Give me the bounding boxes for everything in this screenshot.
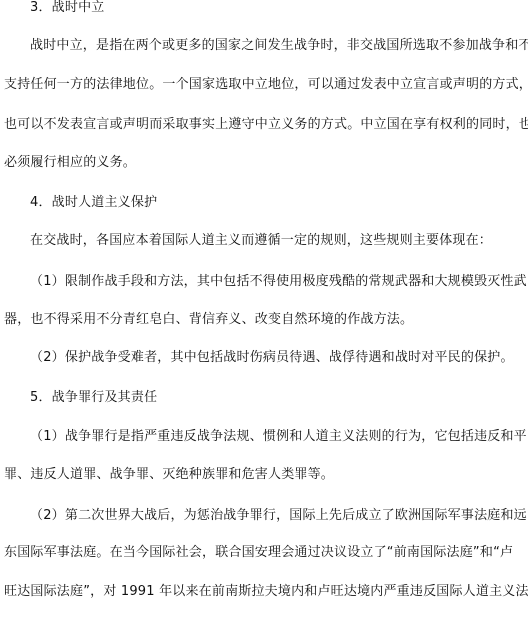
paragraph-line: 在交战时，各国应本着国际人道主义而遵循一定的规则，这些规则主要体现在：	[30, 231, 492, 251]
paragraph-line: 东国际军事法庭。在当今国际社会，联合国安理会通过决议设立了“前南国际法庭”和“卢	[4, 543, 513, 563]
paragraph-line: 战时中立，是指在两个或更多的国家之间发生战争时，非交战国所选取不参加战争和不	[30, 36, 528, 56]
paragraph-line: 罪、违反人道罪、战争罪、灭绝种族罪和危害人类罪等。	[4, 465, 334, 485]
paragraph-line: 器，也不得采用不分青红皂白、背信弃义、改变自然环境的作战方法。	[4, 310, 413, 330]
paragraph-line: 也可以不发表宣言或声明而采取事实上遵守中立义务的方式。中立国在享有权利的同时，也	[4, 115, 528, 135]
paragraph-line: （1）限制作战手段和方法，其中包括不得使用极度残酷的常规武器和大规模毁灭性武	[30, 272, 527, 292]
paragraph-line: 旺达国际法庭”，对 1991 年以来在前南斯拉夫境内和卢旺达境内严重违反国际人道…	[4, 582, 528, 602]
section-heading-4: 4．战时人道主义保护	[30, 193, 157, 213]
section-heading-3: 3．战时中立	[30, 0, 104, 18]
paragraph-line: （2）保护战争受难者，其中包括战时伤病员待遇、战俘待遇和战时对平民的保护。	[30, 348, 514, 368]
section-heading-5: 5．战争罪行及其责任	[30, 388, 157, 408]
paragraph-line: 必须履行相应的义务。	[4, 153, 136, 173]
paragraph-line: （1）战争罪行是指严重违反战争法规、惯例和人道主义法则的行为，它包括违反和平	[30, 427, 527, 447]
paragraph-line: （2）第二次世界大战后，为惩治战争罪行，国际上先后成立了欧洲国际军事法庭和远	[30, 506, 527, 526]
paragraph-line: 支持任何一方的法律地位。一个国家选取中立地位，可以通过发表中立宣言或声明的方式，	[4, 75, 528, 95]
